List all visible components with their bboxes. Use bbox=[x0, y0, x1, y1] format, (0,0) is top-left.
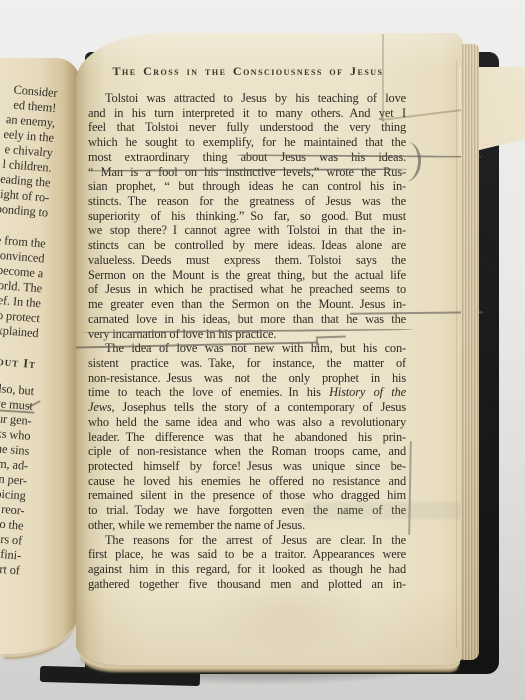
fore-edge-crease bbox=[456, 60, 457, 648]
text-run: most extraordinary thing about Jesus was… bbox=[88, 150, 406, 164]
text-line: non-resistance. Jesus was not the only p… bbox=[88, 371, 406, 386]
text-run: first place, he was said to be a traitor… bbox=[88, 547, 406, 561]
text-line: Jews, Josephus tells the story of a cont… bbox=[88, 400, 406, 415]
pencil-vertical-margin-line bbox=[408, 441, 412, 535]
text-line: against him in this regard, for it looke… bbox=[88, 562, 406, 577]
text-run: The reasons for the arrest of Jesus are … bbox=[105, 533, 406, 547]
text-line: stincts can be controlled by mere ideas.… bbox=[88, 238, 406, 253]
text-run: “ Man is a fool on his instinctive level… bbox=[88, 165, 406, 179]
text-line: me greater even than the Sermon on the M… bbox=[88, 297, 406, 312]
text-line: of Jesus in which he practised what he p… bbox=[88, 282, 406, 297]
page-stack-fore-edge bbox=[461, 44, 479, 660]
text-run: Sermon on the Mount is the great thing, … bbox=[88, 268, 406, 282]
text-line: protected himself by force! Jesus was un… bbox=[88, 459, 406, 474]
text-line: “ Man is a fool on his instinctive level… bbox=[88, 165, 406, 180]
text-run: ciple of non-resistance when the Roman t… bbox=[88, 444, 406, 458]
text-run: me greater even than the Sermon on the M… bbox=[88, 297, 406, 311]
text-line: sian prophet, “ but through ideas he can… bbox=[88, 179, 406, 194]
text-run: gathered together five thousand men and … bbox=[88, 577, 406, 591]
text-run: leader. The difference was that he aband… bbox=[88, 430, 406, 444]
text-line: Tolstoi was attracted to Jesus by his te… bbox=[88, 91, 406, 106]
text-line: cause he loved his enemies he offered no… bbox=[88, 474, 406, 489]
text-run: Jews, bbox=[88, 400, 114, 414]
text-run: and in his turn interpreted it to many o… bbox=[88, 106, 406, 120]
text-line: Sermon on the Mount is the great thing, … bbox=[88, 268, 406, 283]
text-line: valueless. Deeds must express them. Tols… bbox=[88, 253, 406, 268]
text-run: sian prophet, “ but through ideas he can… bbox=[88, 179, 406, 193]
left-page-text: Considered them!an enemy,eely in thee ch… bbox=[0, 80, 58, 578]
text-run: The idea of love was not new with him, b… bbox=[105, 341, 406, 355]
right-page-text: Tolstoi was attracted to Jesus by his te… bbox=[88, 91, 406, 591]
text-run: Josephus tells the story of a contempora… bbox=[114, 400, 406, 414]
text-run: carnated love in his ideas, but more tha… bbox=[88, 312, 406, 326]
running-head: The Cross in the Consciousness of Jesus bbox=[88, 64, 408, 79]
text-line: we stop there? I cannot agree with Tolst… bbox=[88, 223, 406, 238]
text-run: other, while we remember the name of Jes… bbox=[88, 518, 305, 532]
text-line: very incarnation of love in his practice… bbox=[88, 327, 406, 342]
text-line: remained silent in the presence of those… bbox=[88, 488, 406, 503]
text-run: very incarnation of love in his practice… bbox=[88, 327, 276, 341]
text-line: who held the same idea and who was also … bbox=[88, 415, 406, 430]
text-run: against him in this regard, for it looke… bbox=[88, 562, 406, 576]
text-run: sistent practice was. Take, for instance… bbox=[88, 356, 406, 370]
book-photo: Considered them!an enemy,eely in thee ch… bbox=[0, 0, 525, 700]
text-run: non-resistance. Jesus was not the only p… bbox=[88, 371, 406, 385]
text-line: sistent practice was. Take, for instance… bbox=[88, 356, 406, 371]
left-page: Considered them!an enemy,eely in thee ch… bbox=[0, 58, 80, 654]
fold-crease-vertical bbox=[382, 34, 384, 122]
text-run: Tolstoi was attracted to Jesus by his te… bbox=[105, 91, 406, 105]
text-run: protected himself by force! Jesus was un… bbox=[88, 459, 406, 473]
text-line: first place, he was said to be a traitor… bbox=[88, 547, 406, 562]
text-line: and in his turn interpreted it to many o… bbox=[88, 106, 406, 121]
text-line: other, while we remember the name of Jes… bbox=[88, 518, 406, 533]
text-line: stincts. The reason for the greatness of… bbox=[88, 194, 406, 209]
text-line: The idea of love was not new with him, b… bbox=[88, 341, 406, 356]
right-page: The Cross in the Consciousness of Jesus … bbox=[76, 33, 463, 665]
text-run: of Jesus in which he practised what he p… bbox=[88, 282, 406, 296]
text-run: History of the bbox=[329, 385, 406, 399]
text-run: valueless. Deeds must express them. Tols… bbox=[88, 253, 406, 267]
text-run: time to teach the love of enemies. In hi… bbox=[88, 385, 329, 399]
text-line: most extraordinary thing about Jesus was… bbox=[88, 150, 406, 165]
text-line: superiority of his thinking.” So far, so… bbox=[88, 209, 406, 224]
text-line: to trial. Today we have forgotten even t… bbox=[88, 503, 406, 518]
text-run: cause he loved his enemies he offered no… bbox=[88, 474, 406, 488]
text-run: superiority of his thinking.” So far, so… bbox=[88, 209, 406, 223]
text-run: who held the same idea and who was also … bbox=[88, 415, 406, 429]
text-run: we stop there? I cannot agree with Tolst… bbox=[88, 223, 406, 237]
text-run: remained silent in the presence of those… bbox=[88, 488, 406, 502]
text-run: feel that Tolstoi never fully understood… bbox=[88, 120, 406, 134]
text-line: ciple of non-resistance when the Roman t… bbox=[88, 444, 406, 459]
text-run: stincts. The reason for the greatness of… bbox=[88, 194, 406, 208]
text-line: which he sought to exemplify, for he mai… bbox=[88, 135, 406, 150]
text-line: feel that Tolstoi never fully understood… bbox=[88, 120, 406, 135]
text-run: stincts can be controlled by mere ideas.… bbox=[88, 238, 406, 252]
text-line: leader. The difference was that he aband… bbox=[88, 430, 406, 445]
text-line: gathered together five thousand men and … bbox=[88, 577, 406, 592]
text-line: time to teach the love of enemies. In hi… bbox=[88, 385, 406, 400]
text-run: to trial. Today we have forgotten even t… bbox=[88, 503, 406, 517]
text-run: which he sought to exemplify, for he mai… bbox=[88, 135, 406, 149]
text-line: The reasons for the arrest of Jesus are … bbox=[88, 533, 406, 548]
text-line: carnated love in his ideas, but more tha… bbox=[88, 312, 406, 327]
